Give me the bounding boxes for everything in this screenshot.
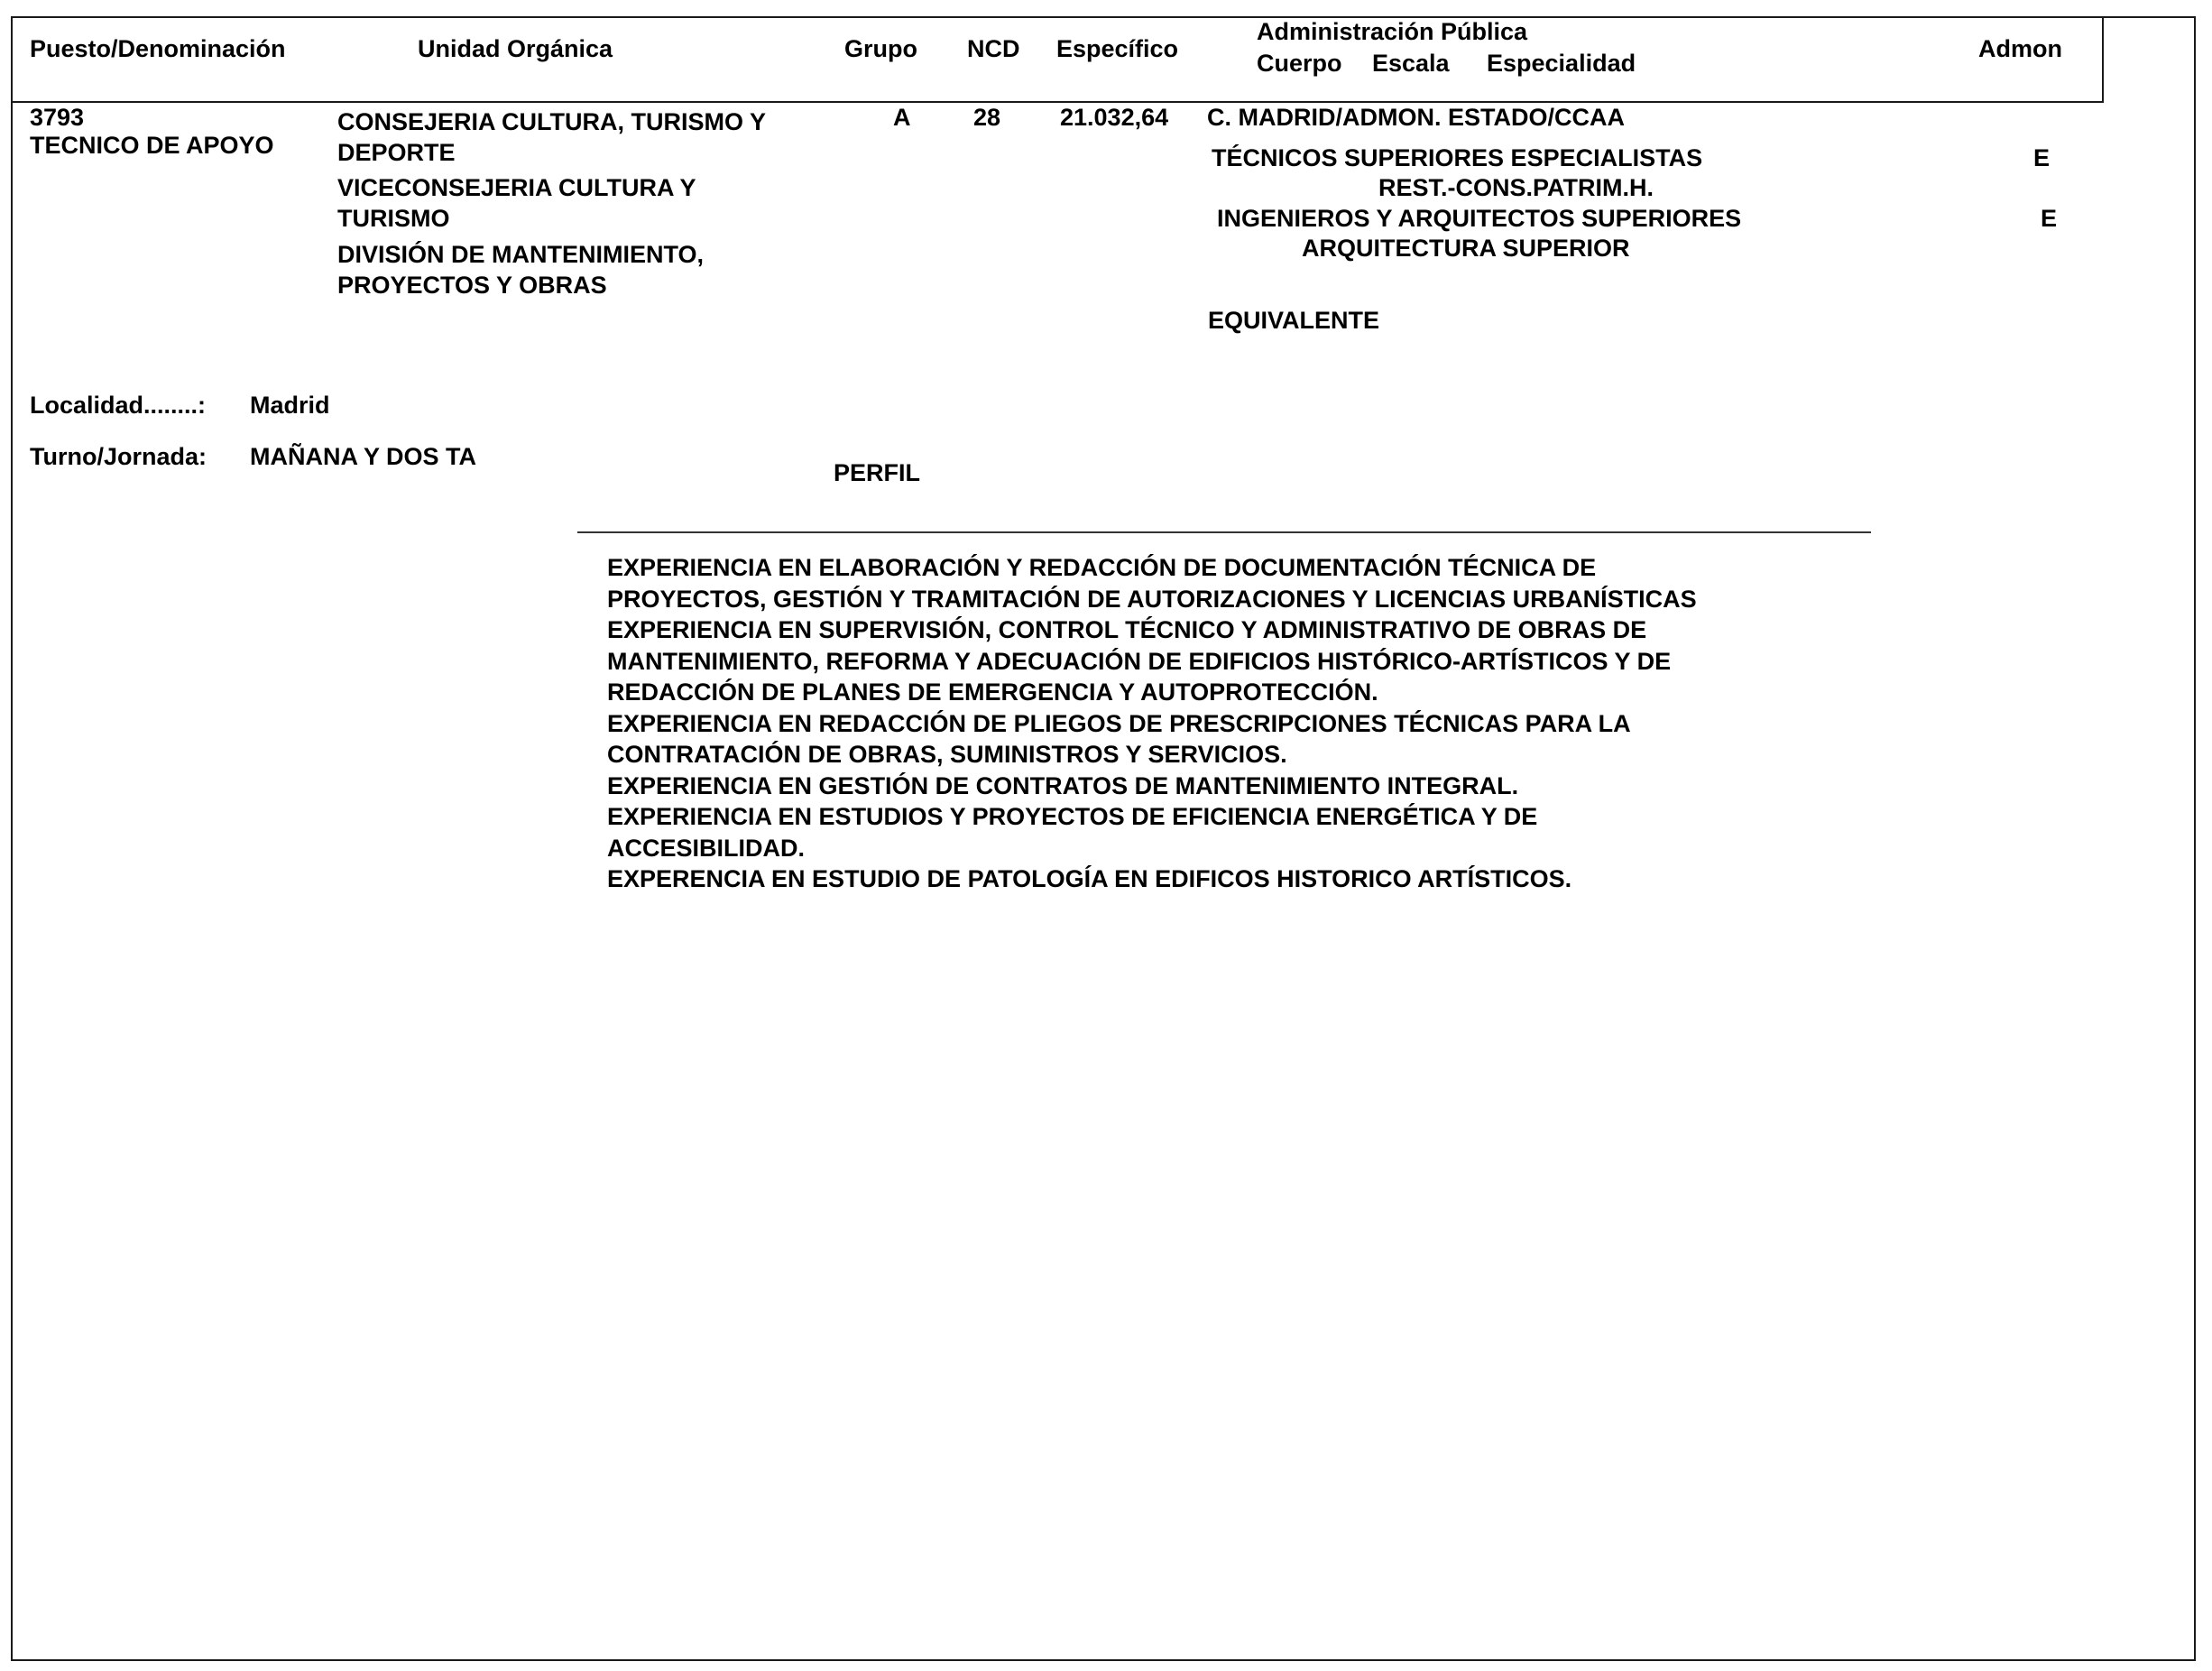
header-cuerpo: Cuerpo	[1257, 51, 1342, 76]
unidad-line: VICECONSEJERIA CULTURA Y	[337, 176, 696, 200]
header-especialidad: Especialidad	[1487, 51, 1636, 76]
perfil-line: CONTRATACIÓN DE OBRAS, SUMINISTROS Y SER…	[607, 739, 1697, 771]
unidad-line: DIVISIÓN DE MANTENIMIENTO,	[337, 243, 704, 267]
perfil-line: MANTENIMIENTO, REFORMA Y ADECUACIÓN DE E…	[607, 646, 1697, 678]
turno-value: MAÑANA Y DOS TA	[250, 445, 476, 469]
header-puesto: Puesto/Denominación	[30, 37, 286, 61]
perfil-text: EXPERIENCIA EN ELABORACIÓN Y REDACCIÓN D…	[607, 552, 1697, 895]
perfil-line: EXPERIENCIA EN SUPERVISIÓN, CONTROL TÉCN…	[607, 614, 1697, 646]
header-escala: Escala	[1372, 51, 1450, 76]
header-admon: Admon	[1978, 37, 2062, 61]
perfil-line: EXPERIENCIA EN REDACCIÓN DE PLIEGOS DE P…	[607, 708, 1697, 740]
ncd-value: 28	[973, 106, 1000, 130]
header-unidad: Unidad Orgánica	[418, 37, 613, 61]
localidad-value: Madrid	[250, 393, 330, 418]
perfil-line: REDACCIÓN DE PLANES DE EMERGENCIA Y AUTO…	[607, 677, 1697, 708]
admon-value: E	[2041, 207, 2057, 231]
unidad-line: PROYECTOS Y OBRAS	[337, 273, 607, 298]
turno-label: Turno/Jornada:	[30, 445, 207, 469]
perfil-line: EXPERENCIA EN ESTUDIO DE PATOLOGÍA EN ED…	[607, 863, 1697, 895]
especialidad-value: REST.-CONS.PATRIM.H.	[1378, 176, 1654, 200]
grupo-value: A	[893, 106, 911, 130]
unidad-line: CONSEJERIA CULTURA, TURISMO Y	[337, 110, 766, 134]
header-administracion: Administración Pública	[1257, 20, 1527, 44]
unidad-line: DEPORTE	[337, 141, 456, 165]
cuerpo-value: INGENIEROS Y ARQUITECTOS SUPERIORES	[1217, 207, 1741, 231]
perfil-title: PERFIL	[834, 461, 920, 485]
header-ncd: NCD	[967, 37, 1020, 61]
admon-value: E	[2033, 146, 2050, 171]
cuerpo-value: TÉCNICOS SUPERIORES ESPECIALISTAS	[1212, 146, 1702, 171]
administracion-value: C. MADRID/ADMON. ESTADO/CCAA	[1207, 106, 1625, 130]
especialidad-value: ARQUITECTURA SUPERIOR	[1302, 236, 1630, 261]
unidad-line: TURISMO	[337, 207, 450, 231]
equivalente-label: EQUIVALENTE	[1208, 309, 1379, 333]
puesto-denominacion: TECNICO DE APOYO	[30, 134, 274, 158]
perfil-line: EXPERIENCIA EN GESTIÓN DE CONTRATOS DE M…	[607, 771, 1697, 802]
perfil-line: ACCESIBILIDAD.	[607, 833, 1697, 864]
especifico-value: 21.032,64	[1060, 106, 1168, 130]
header-grupo: Grupo	[844, 37, 917, 61]
localidad-label: Localidad........:	[30, 393, 206, 418]
perfil-line: EXPERIENCIA EN ELABORACIÓN Y REDACCIÓN D…	[607, 552, 1697, 584]
perfil-line: PROYECTOS, GESTIÓN Y TRAMITACIÓN DE AUTO…	[607, 584, 1697, 615]
puesto-codigo: 3793	[30, 106, 84, 130]
perfil-line: EXPERIENCIA EN ESTUDIOS Y PROYECTOS DE E…	[607, 801, 1697, 833]
perfil-divider	[577, 531, 1871, 533]
header-especifico: Específico	[1056, 37, 1178, 61]
